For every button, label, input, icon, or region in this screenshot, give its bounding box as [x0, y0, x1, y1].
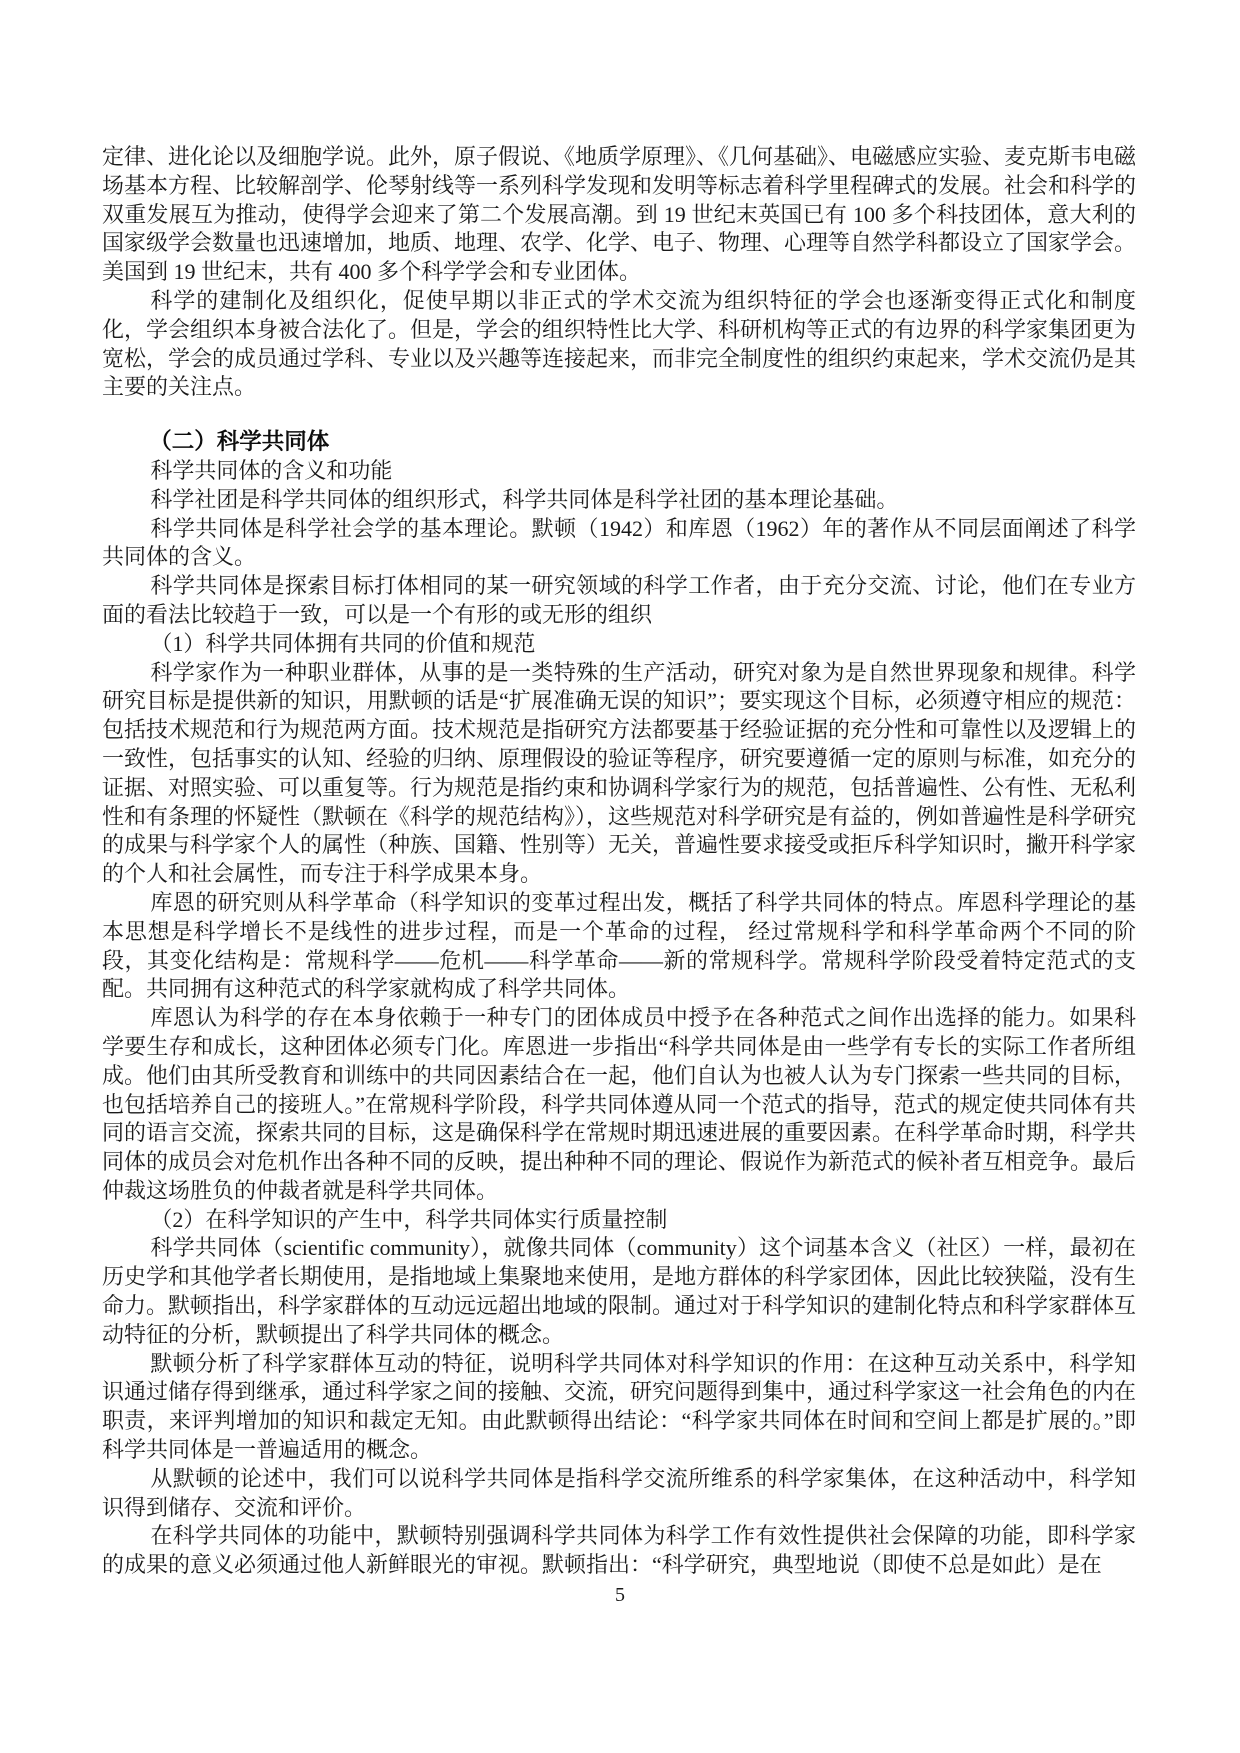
- document-page: 定律、进化论以及细胞学说。此外，原子假说、《地质学原理》、《几何基础》、电磁感应…: [0, 0, 1240, 1753]
- paragraph: 在科学共同体的功能中，默顿特别强调科学共同体为科学工作有效性提供社会保障的功能，…: [102, 1522, 1136, 1580]
- paragraph: 科学共同体是探索目标打体相同的某一研究领域的科学工作者，由于充分交流、讨论，他们…: [102, 572, 1136, 630]
- section-heading: （二）科学共同体: [102, 428, 1136, 457]
- document-text-block: 定律、进化论以及细胞学说。此外，原子假说、《地质学原理》、《几何基础》、电磁感应…: [102, 143, 1136, 1580]
- paragraph: 从默顿的论述中，我们可以说科学共同体是指科学交流所维系的科学家集体，在这种活动中…: [102, 1465, 1136, 1523]
- paragraph: 科学共同体是科学社会学的基本理论。默顿（1942）和库恩（1962）年的著作从不…: [102, 515, 1136, 573]
- paragraph: 科学的建制化及组织化，促使早期以非正式的学术交流为组织特征的学会也逐渐变得正式化…: [102, 287, 1136, 402]
- paragraph: 科学社团是科学共同体的组织形式，科学共同体是科学社团的基本理论基础。: [102, 486, 1136, 515]
- paragraph: 科学共同体的含义和功能: [102, 457, 1136, 486]
- page-number: 5: [0, 1584, 1240, 1607]
- paragraph: 科学共同体（scientific community），就像共同体（commun…: [102, 1234, 1136, 1349]
- paragraph: 库恩的研究则从科学革命（科学知识的变革过程出发，概括了科学共同体的特点。库恩科学…: [102, 889, 1136, 1004]
- paragraph: 默顿分析了科学家群体互动的特征，说明科学共同体对科学知识的作用：在这种互动关系中…: [102, 1350, 1136, 1465]
- paragraph: 科学家作为一种职业群体，从事的是一类特殊的生产活动，研究对象为是自然世界现象和规…: [102, 659, 1136, 889]
- list-item-heading: （2）在科学知识的产生中，科学共同体实行质量控制: [102, 1206, 1136, 1235]
- paragraph: 库恩认为科学的存在本身依赖于一种专门的团体成员中授予在各种范式之间作出选择的能力…: [102, 1004, 1136, 1206]
- list-item-heading: （1）科学共同体拥有共同的价值和规范: [102, 630, 1136, 659]
- continued-paragraph: 定律、进化论以及细胞学说。此外，原子假说、《地质学原理》、《几何基础》、电磁感应…: [102, 143, 1136, 287]
